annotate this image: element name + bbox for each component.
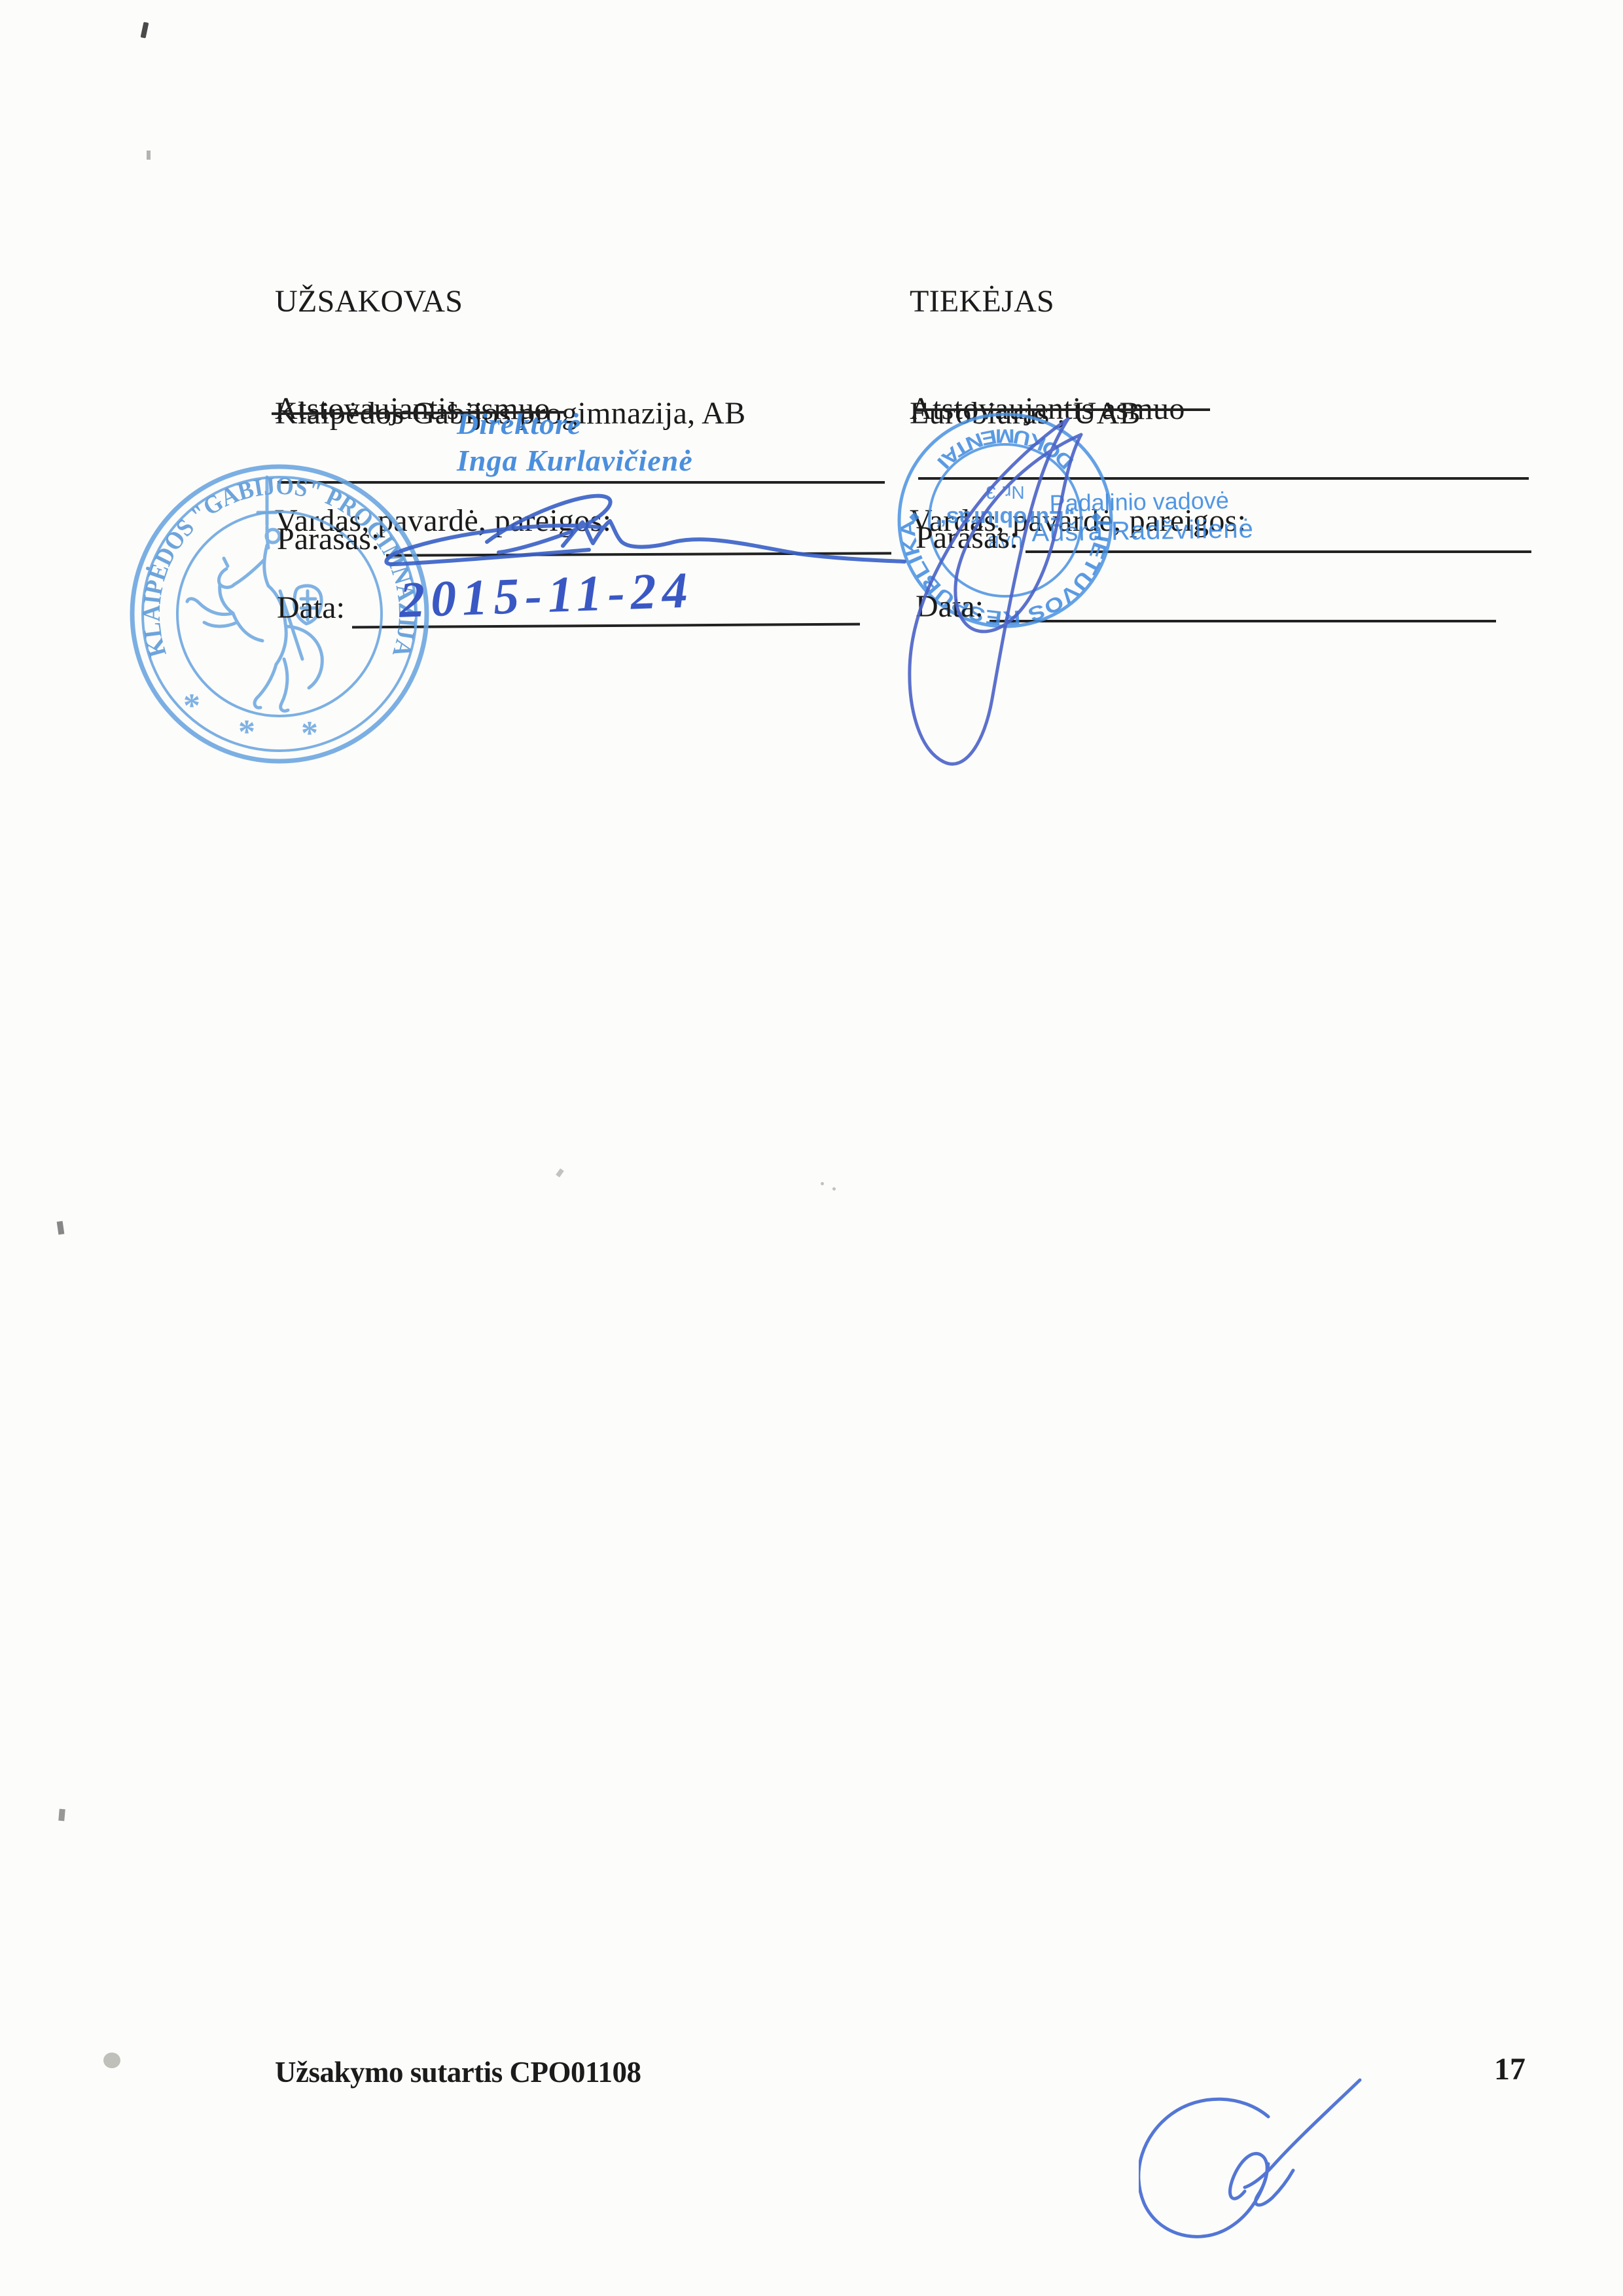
buyer-signature [353,478,923,602]
scan-artifact [103,2053,120,2068]
buyer-role-header: UŽSAKOVAS [275,283,745,320]
scan-artifact [821,1182,824,1185]
scan-artifact [147,151,151,160]
seal-star-icon: * [301,715,318,752]
scan-artifact [58,1809,65,1821]
scan-artifact [556,1168,564,1177]
seal-star-icon: * [183,687,200,725]
supplier-signature [887,406,1103,785]
footer-contract-label: Užsakymo sutartis CPO01108 [275,2055,641,2089]
buyer-stamped-name: Inga Kurlavičienė [457,442,693,479]
scan-artifact [141,22,149,38]
scan-artifact [57,1221,65,1234]
seal-star-icon: * [238,713,255,751]
footer-stray-signature [1139,2072,1368,2255]
scan-artifact [832,1187,836,1191]
buyer-stamped-title-block: Direktorė Inga Kurlavičienė [457,406,693,479]
scanned-contract-page: UŽSAKOVAS Klaipėdos Gabijos progimnazija… [0,0,1623,2296]
page-number: 17 [1494,2051,1525,2087]
buyer-stamped-title: Direktorė [457,406,693,442]
buyer-date-label: Data: [277,590,345,626]
supplier-role-header: TIEKĖJAS [910,283,1141,320]
